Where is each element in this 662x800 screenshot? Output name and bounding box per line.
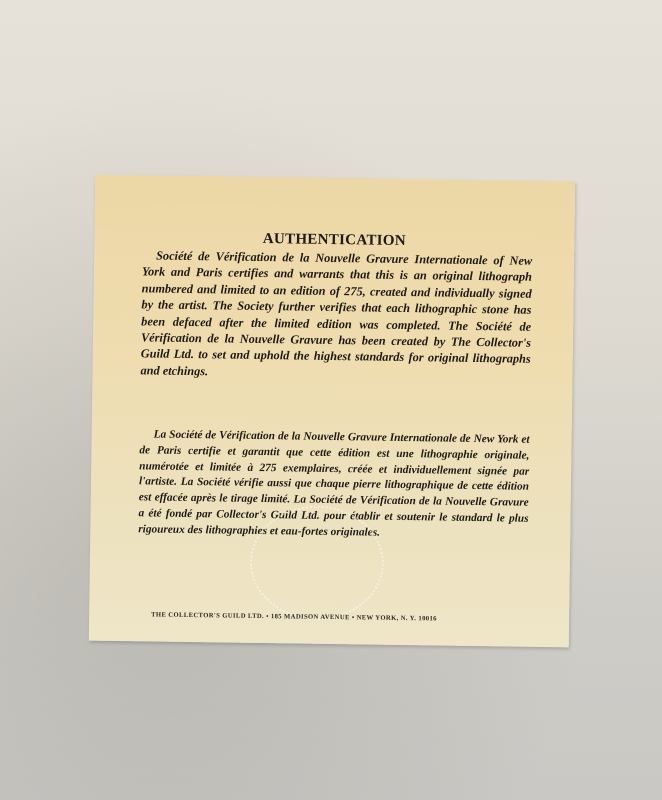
- embossed-seal-icon: [249, 505, 385, 621]
- publisher-address: THE COLLECTOR'S GUILD LTD. • 185 MADISON…: [151, 611, 539, 623]
- authentication-certificate: AUTHENTICATION Société de Vérification d…: [89, 175, 575, 648]
- english-paragraph: Société de Vérification de la Nouvelle G…: [140, 247, 532, 384]
